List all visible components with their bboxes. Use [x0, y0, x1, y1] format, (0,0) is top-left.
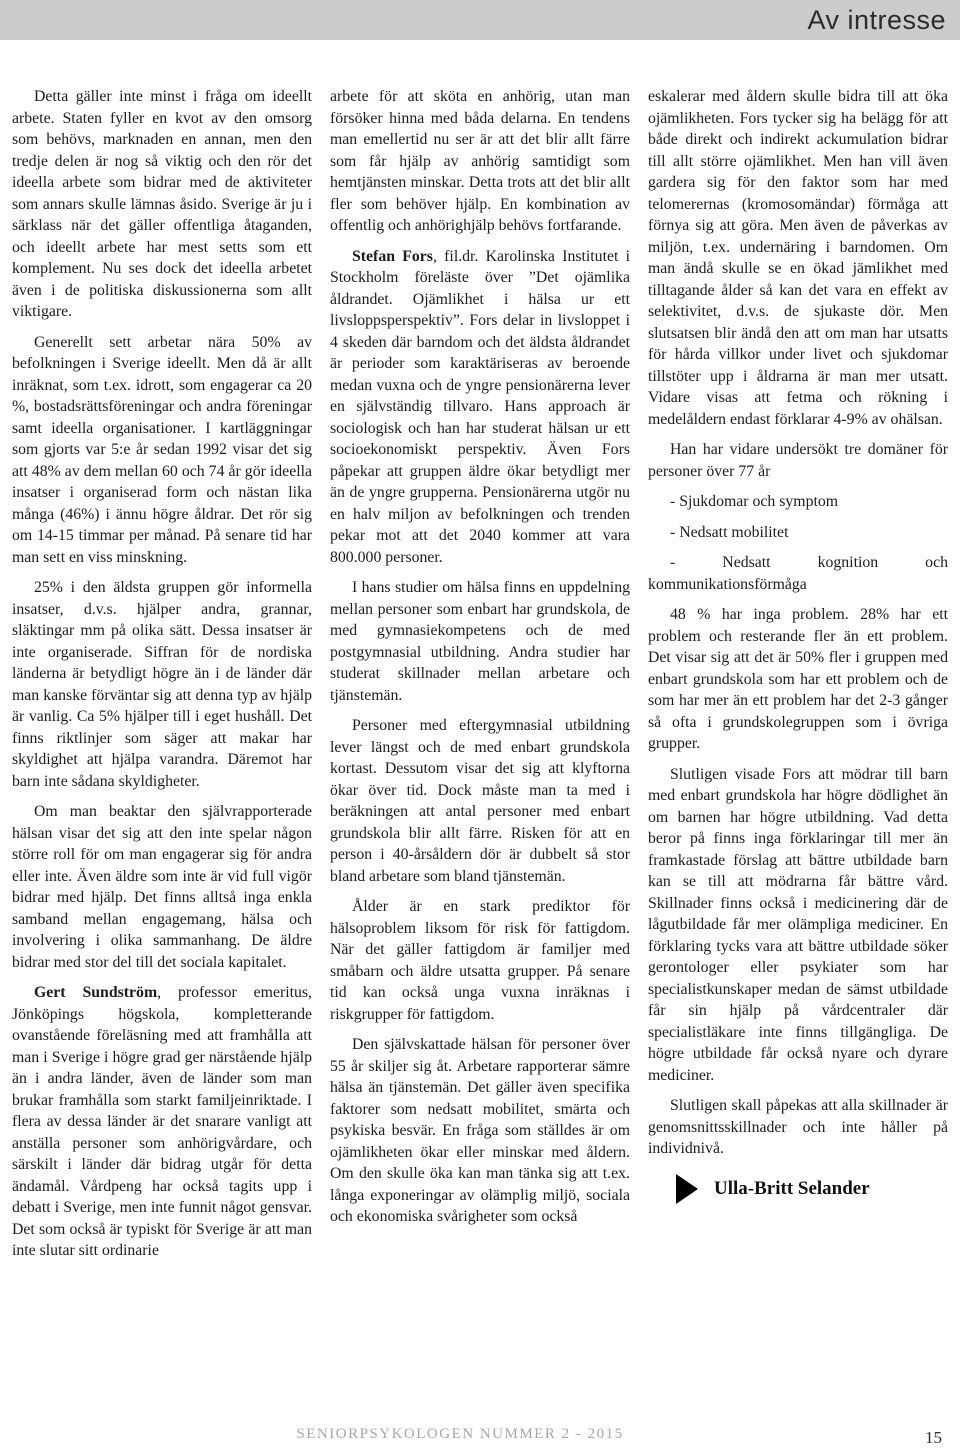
paragraph: Den självskattade hälsan för personer öv… — [330, 1034, 630, 1228]
byline: Ulla-Britt Selander — [648, 1174, 948, 1204]
header-band: Av intresse — [0, 0, 960, 40]
paragraph: 48 % har inga problem. 28% har ett probl… — [648, 604, 948, 755]
paragraph: 25% i den äldsta gruppen gör informella … — [12, 577, 312, 792]
text-column-2: arbete för att sköta en anhörig, utan ma… — [330, 86, 630, 1422]
paragraph: Stefan Fors, fil.dr. Karolinska Institut… — [330, 246, 630, 569]
paragraph: Om man beaktar den självrapporterade häl… — [12, 801, 312, 973]
paragraph: Detta gäller inte minst i fråga om ideel… — [12, 86, 312, 323]
paragraph: - Nedsatt kognition och kommunikationsfö… — [648, 552, 948, 595]
paragraph: I hans studier om hälsa finns en uppdeln… — [330, 577, 630, 706]
paragraph: Gert Sundström, professor emeritus, Jönk… — [12, 982, 312, 1262]
journal-title: SENIORPSYKOLOGEN NUMMER 2 - 2015 — [0, 1426, 920, 1443]
paragraph: Personer med eftergymnasial utbildning l… — [330, 715, 630, 887]
arrow-right-icon — [676, 1174, 698, 1204]
page-number: 15 — [925, 1428, 942, 1448]
paragraph: Han har vidare undersökt tre domäner för… — [648, 439, 948, 482]
paragraph: eskalerar med åldern skulle bidra till a… — [648, 86, 948, 430]
page-title: Av intresse — [807, 5, 946, 36]
paragraph: Slutligen visade Fors att mödrar till ba… — [648, 764, 948, 1087]
paragraph: Slutligen skall påpekas att alla skillna… — [648, 1095, 948, 1160]
speaker-name: Gert Sundström — [34, 984, 157, 1001]
paragraph: - Nedsatt mobilitet — [648, 522, 948, 544]
text-column-1: Detta gäller inte minst i fråga om ideel… — [12, 86, 312, 1422]
paragraph: Generellt sett arbetar nära 50% av befol… — [12, 332, 312, 569]
article-body: Detta gäller inte minst i fråga om ideel… — [12, 86, 948, 1422]
paragraph: - Sjukdomar och symptom — [648, 491, 948, 513]
paragraph: arbete för att sköta en anhörig, utan ma… — [330, 86, 630, 237]
speaker-name: Stefan Fors — [352, 248, 433, 265]
paragraph: Ålder är en stark prediktor för hälsopro… — [330, 896, 630, 1025]
page-footer: SENIORPSYKOLOGEN NUMMER 2 - 2015 15 — [0, 1426, 960, 1448]
text-column-3: eskalerar med åldern skulle bidra till a… — [648, 86, 948, 1422]
author-name: Ulla-Britt Selander — [714, 1178, 870, 1200]
